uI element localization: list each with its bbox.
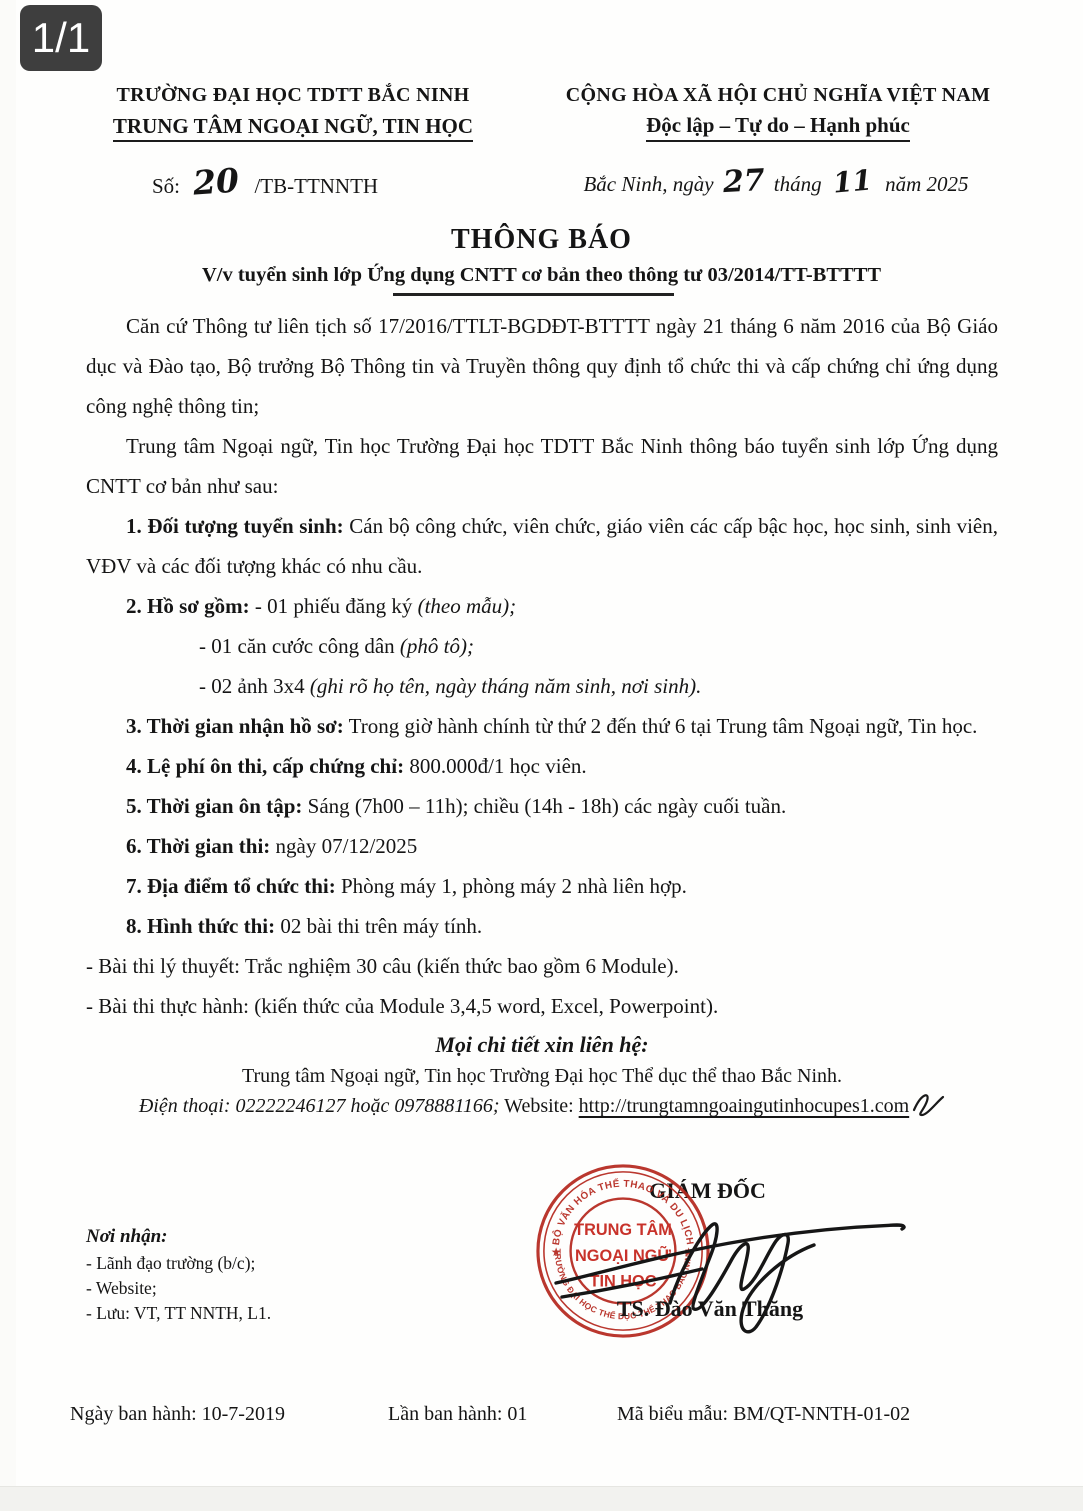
scanned-document-page: 1/1 TRƯỜNG ĐẠI HỌC TDTT BẮC NINH TRUNG T… (0, 0, 1083, 1511)
signer-name: TS. Đào Văn Thăng (575, 1296, 845, 1322)
website-link[interactable]: http://trungtamngoaingutinhocupes1.com (579, 1095, 910, 1117)
recipients-block: Nơi nhận: - Lãnh đạo trường (b/c); - Web… (86, 1224, 271, 1326)
recipient-item: - Lưu: VT, TT NNTH, L1. (86, 1301, 271, 1326)
place-date-line: Bắc Ninh, ngày 27 tháng 11 năm 2025 (556, 164, 996, 199)
recipient-item: - Lãnh đạo trường (b/c); (86, 1251, 271, 1276)
document-number-line: Số: 20 /TB-TTNNTH (152, 162, 378, 201)
date-mid: tháng (774, 172, 822, 196)
pen-squiggle-icon (911, 1090, 945, 1118)
letterhead-national: CỘNG HÒA XÃ HỘI CHỦ NGHĨA VIỆT NAM Độc l… (548, 84, 1008, 138)
bullet-theory-exam: - Bài thi lý thuyết: Trắc nghiệm 30 câu … (86, 946, 998, 986)
national-motto-line2: Độc lập – Tự do – Hạnh phúc (548, 113, 1008, 138)
so-code: /TB-TTNNTH (254, 174, 378, 198)
document-title: THÔNG BÁO (0, 224, 1083, 256)
item-2-dossier: 2. Hồ sơ gồm: - 01 phiếu đăng ký (theo m… (86, 586, 998, 626)
issuer-org: TRUNG TÂM NGOẠI NGỮ, TIN HỌC (88, 114, 498, 139)
item-8-exam-format: 8. Hình thức thi: 02 bài thi trên máy tí… (86, 906, 998, 946)
item-2-sub-photos: - 02 ảnh 3x4 (ghi rõ họ tên, ngày tháng … (86, 666, 998, 706)
bullet-practice-exam: - Bài thi thực hành: (kiến thức của Modu… (86, 986, 998, 1026)
subject-underline (393, 293, 674, 296)
date-month-handwritten: 11 (832, 163, 874, 199)
so-number-handwritten: 20 (192, 160, 241, 202)
page-number-text: 1/1 (32, 14, 90, 62)
contact-organization: Trung tâm Ngoại ngữ, Tin học Trường Đại … (86, 1062, 998, 1090)
item-3-receiving-time: 3. Thời gian nhận hồ sơ: Trong giờ hành … (86, 706, 998, 746)
recipients-heading: Nơi nhận: (86, 1224, 271, 1249)
so-label: Số: (152, 174, 180, 198)
contact-phone-website-line: Điện thoại: 02222246127 hoặc 0978881166;… (86, 1090, 998, 1121)
date-day-handwritten: 27 (722, 163, 766, 200)
document-subject: V/v tuyển sinh lớp Ứng dụng CNTT cơ bản … (0, 264, 1083, 287)
paragraph-legal-basis: Căn cứ Thông tư liên tịch số 17/2016/TTL… (86, 306, 998, 426)
footer-form-code: Mã biểu mẫu: BM/QT-NNTH-01-02 (617, 1403, 910, 1426)
date-suffix: năm 2025 (885, 172, 968, 196)
paragraph-announcement: Trung tâm Ngoại ngữ, Tin học Trường Đại … (86, 426, 998, 506)
national-motto-line1: CỘNG HÒA XÃ HỘI CHỦ NGHĨA VIỆT NAM (548, 84, 1008, 107)
item-7-exam-location: 7. Địa điểm tổ chức thi: Phòng máy 1, ph… (86, 866, 998, 906)
letterhead-issuer: TRƯỜNG ĐẠI HỌC TDTT BẮC NINH TRUNG TÂM N… (88, 84, 498, 139)
item-1-target-applicants: 1. Đối tượng tuyển sinh: Cán bộ công chứ… (86, 506, 998, 586)
footer-issued-date: Ngày ban hành: 10-7-2019 (70, 1403, 285, 1426)
date-prefix: Bắc Ninh, ngày (583, 172, 713, 196)
item-5-review-time: 5. Thời gian ôn tập: Sáng (7h00 – 11h); … (86, 786, 998, 826)
item-4-fee: 4. Lệ phí ôn thi, cấp chứng chỉ: 800.000… (86, 746, 998, 786)
item-2-sub-id-card: - 01 căn cước công dân (phô tô); (86, 626, 998, 666)
contact-heading: Mọi chi tiết xin liên hệ: (86, 1026, 998, 1062)
page-number-badge: 1/1 (20, 5, 102, 71)
footer-edition: Lần ban hành: 01 (388, 1403, 527, 1426)
item-6-exam-date: 6. Thời gian thi: ngày 07/12/2025 (86, 826, 998, 866)
recipient-item: - Website; (86, 1276, 271, 1301)
website-label: Website: (504, 1095, 578, 1117)
issuer-parent-org: TRƯỜNG ĐẠI HỌC TDTT BẮC NINH (88, 84, 498, 107)
contact-phone: Điện thoại: 02222246127 hoặc 0978881166; (139, 1095, 500, 1117)
document-body: Căn cứ Thông tư liên tịch số 17/2016/TTL… (86, 306, 998, 1121)
